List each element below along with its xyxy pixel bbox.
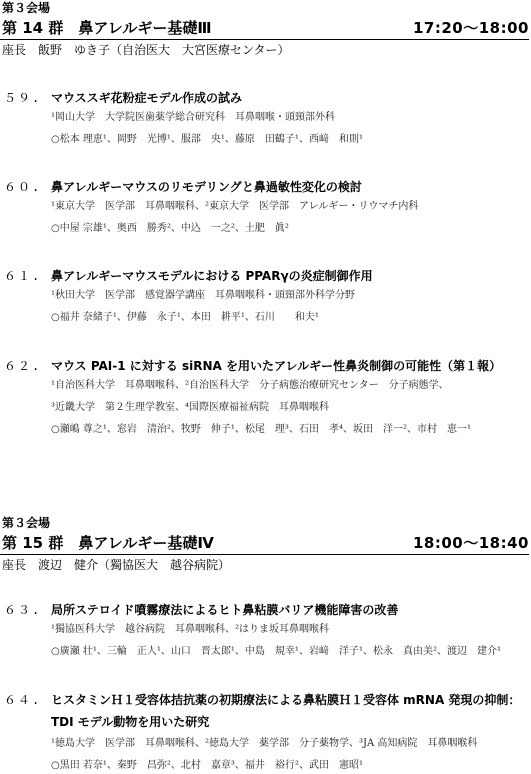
- entry-affiliation: ¹獨協医科大学 越谷病院 耳鼻咽喉科、²はりま坂耳鼻咽喉科: [51, 623, 329, 636]
- entry-title: 鼻アレルギーマウスのリモデリングと鼻過敏性変化の検討: [51, 180, 362, 194]
- entry-affiliation: ¹岡山大学 大学院医歯薬学総合研究科 耳鼻咽喉・頭頸部外科: [51, 111, 335, 124]
- entry-authors: ○松本 理恵¹、岡野 光博¹、服部 央¹、藤原 田鶴子¹、西﨑 和則¹: [51, 133, 363, 146]
- chairperson: 座長 渡辺 健介（獨協医大 越谷病院）: [2, 558, 230, 572]
- entry-number: ６１.: [4, 269, 41, 283]
- entry-affiliation: ¹徳島大学 医学部 耳鼻咽喉科、²徳島大学 薬学部 分子薬物学、³JA 高知病院…: [51, 737, 477, 750]
- entry-authors: ○黒田 若奈¹、秦野 昌弥²、北村 嘉章³、福井 裕行²、武田 憲昭¹: [51, 759, 363, 772]
- entry-title: マウス PAI-1 に対する siRNA を用いたアレルギー性鼻炎制御の可能性（…: [51, 359, 501, 373]
- entry-authors: ○廣瀬 壮¹、三輪 正人¹、山口 晋太郎¹、中島 規幸¹、岩﨑 洋子¹、松永 真…: [51, 645, 501, 658]
- entry-title: マウススギ花粉症モデル作成の試み: [51, 91, 242, 105]
- chairperson: 座長 飯野 ゆき子（自治医大 大宮医療センター）: [2, 43, 290, 57]
- entry-title: ヒスタミンＨ１受容体拮抗薬の初期療法による鼻粘膜Ｈ１受容体 mRNA 発現の抑制…: [51, 693, 520, 707]
- entry-number: ６４.: [4, 693, 41, 707]
- entry-number: ６０.: [4, 180, 41, 194]
- venue-label: 第３会場: [2, 1, 50, 15]
- group-title: 第 14 群 鼻アレルギー基礎Ⅲ: [2, 19, 212, 37]
- entry-number: ５９.: [4, 91, 41, 105]
- entry-number: ６２.: [4, 359, 41, 373]
- entry-number: ６３.: [4, 603, 41, 617]
- group-time: 17:20～18:00: [413, 19, 529, 37]
- entry-affiliation: ¹東京大学 医学部 耳鼻咽喉科、²東京大学 医学部 アレルギー・リウマチ内科: [51, 200, 418, 213]
- entry-authors: ○瀬嶋 尊之¹、窓岩 清治²、牧野 伸子¹、松尾 理³、石田 孝⁴、坂田 洋一²…: [51, 423, 471, 436]
- entry-title: 鼻アレルギーマウスモデルにおける PPARγの炎症制御作用: [51, 269, 373, 283]
- entry-authors: ○中屋 宗雄¹、奥西 勝秀²、中込 一之²、土肥 眞²: [51, 222, 289, 235]
- group-time: 18:00～18:40: [413, 534, 529, 552]
- entry-title-continued: TDI モデル動物を用いた研究: [51, 715, 209, 729]
- group-title: 第 15 群 鼻アレルギー基礎Ⅳ: [2, 534, 214, 552]
- venue-label: 第３会場: [2, 516, 50, 530]
- group-header: 第 14 群 鼻アレルギー基礎Ⅲ 17:20～18:00: [0, 17, 529, 40]
- entry-title: 局所ステロイド噴霧療法によるヒト鼻粘膜バリア機能障害の改善: [51, 603, 398, 617]
- entry-affiliation: ¹自治医科大学 耳鼻咽喉科、²自治医科大学 分子病態治療研究センター 分子病態学…: [51, 379, 449, 392]
- entry-authors: ○福井 奈緒子¹、伊藤 永子¹、本田 耕平¹、石川 和夫¹: [51, 311, 319, 324]
- entry-affiliation: ¹秋田大学 医学部 感覚器学講座 耳鼻咽喉科・頭頸部外科学分野: [51, 289, 355, 302]
- group-header: 第 15 群 鼻アレルギー基礎Ⅳ 18:00～18:40: [0, 532, 529, 555]
- entry-affiliation: ³近畿大学 第２生理学教室、⁴国際医療福祉病院 耳鼻咽喉科: [51, 401, 329, 414]
